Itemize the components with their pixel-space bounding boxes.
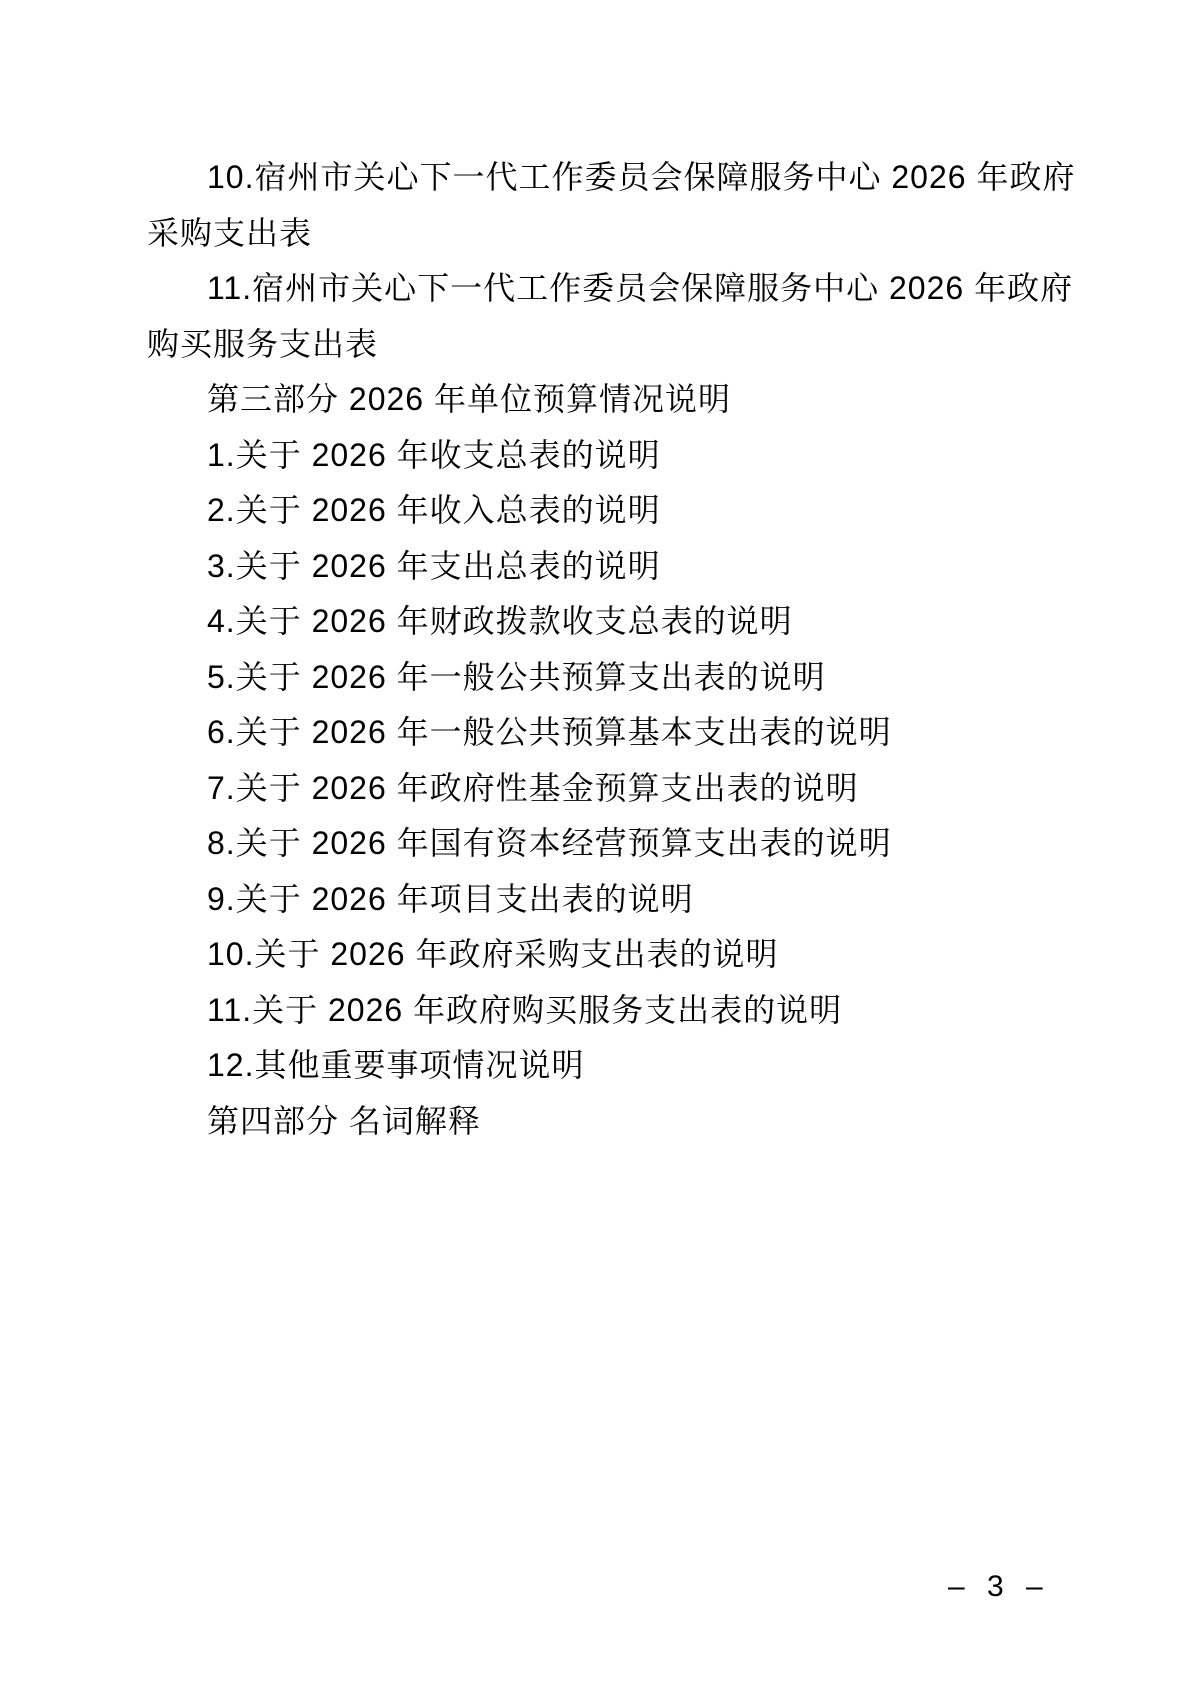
toc-entry-part3-item9: 9.关于 2026 年项目支出表的说明 bbox=[147, 872, 1080, 928]
toc-entry-part3-item5: 5.关于 2026 年一般公共预算支出表的说明 bbox=[147, 650, 1080, 706]
toc-part4-heading: 第四部分 名词解释 bbox=[147, 1094, 1080, 1150]
toc-entry-part3-item7: 7.关于 2026 年政府性基金预算支出表的说明 bbox=[147, 761, 1080, 817]
toc-entry-part3-item10: 10.关于 2026 年政府采购支出表的说明 bbox=[147, 927, 1080, 983]
toc-entry-part3-item4: 4.关于 2026 年财政拨款收支总表的说明 bbox=[147, 594, 1080, 650]
toc-entry-part2-item11-line2: 购买服务支出表 bbox=[147, 317, 1080, 373]
toc-entry-part3-item2: 2.关于 2026 年收入总表的说明 bbox=[147, 483, 1080, 539]
toc-part3-heading: 第三部分 2026 年单位预算情况说明 bbox=[147, 372, 1080, 428]
document-page: 10.宿州市关心下一代工作委员会保障服务中心 2026 年政府 采购支出表 11… bbox=[0, 0, 1190, 1683]
table-of-contents: 10.宿州市关心下一代工作委员会保障服务中心 2026 年政府 采购支出表 11… bbox=[0, 0, 1190, 1149]
toc-entry-part3-item8: 8.关于 2026 年国有资本经营预算支出表的说明 bbox=[147, 816, 1080, 872]
toc-entry-part2-item11-line1: 11.宿州市关心下一代工作委员会保障服务中心 2026 年政府 bbox=[147, 261, 1080, 317]
toc-entry-part3-item1: 1.关于 2026 年收支总表的说明 bbox=[147, 428, 1080, 484]
toc-entry-part3-item6: 6.关于 2026 年一般公共预算基本支出表的说明 bbox=[147, 705, 1080, 761]
toc-entry-part3-item12: 12.其他重要事项情况说明 bbox=[147, 1038, 1080, 1094]
page-number: – 3 – bbox=[948, 1570, 1045, 1604]
toc-entry-part2-item10-line1: 10.宿州市关心下一代工作委员会保障服务中心 2026 年政府 bbox=[147, 150, 1080, 206]
toc-entry-part3-item11: 11.关于 2026 年政府购买服务支出表的说明 bbox=[147, 983, 1080, 1039]
toc-entry-part3-item3: 3.关于 2026 年支出总表的说明 bbox=[147, 539, 1080, 595]
toc-entry-part2-item10-line2: 采购支出表 bbox=[147, 206, 1080, 262]
